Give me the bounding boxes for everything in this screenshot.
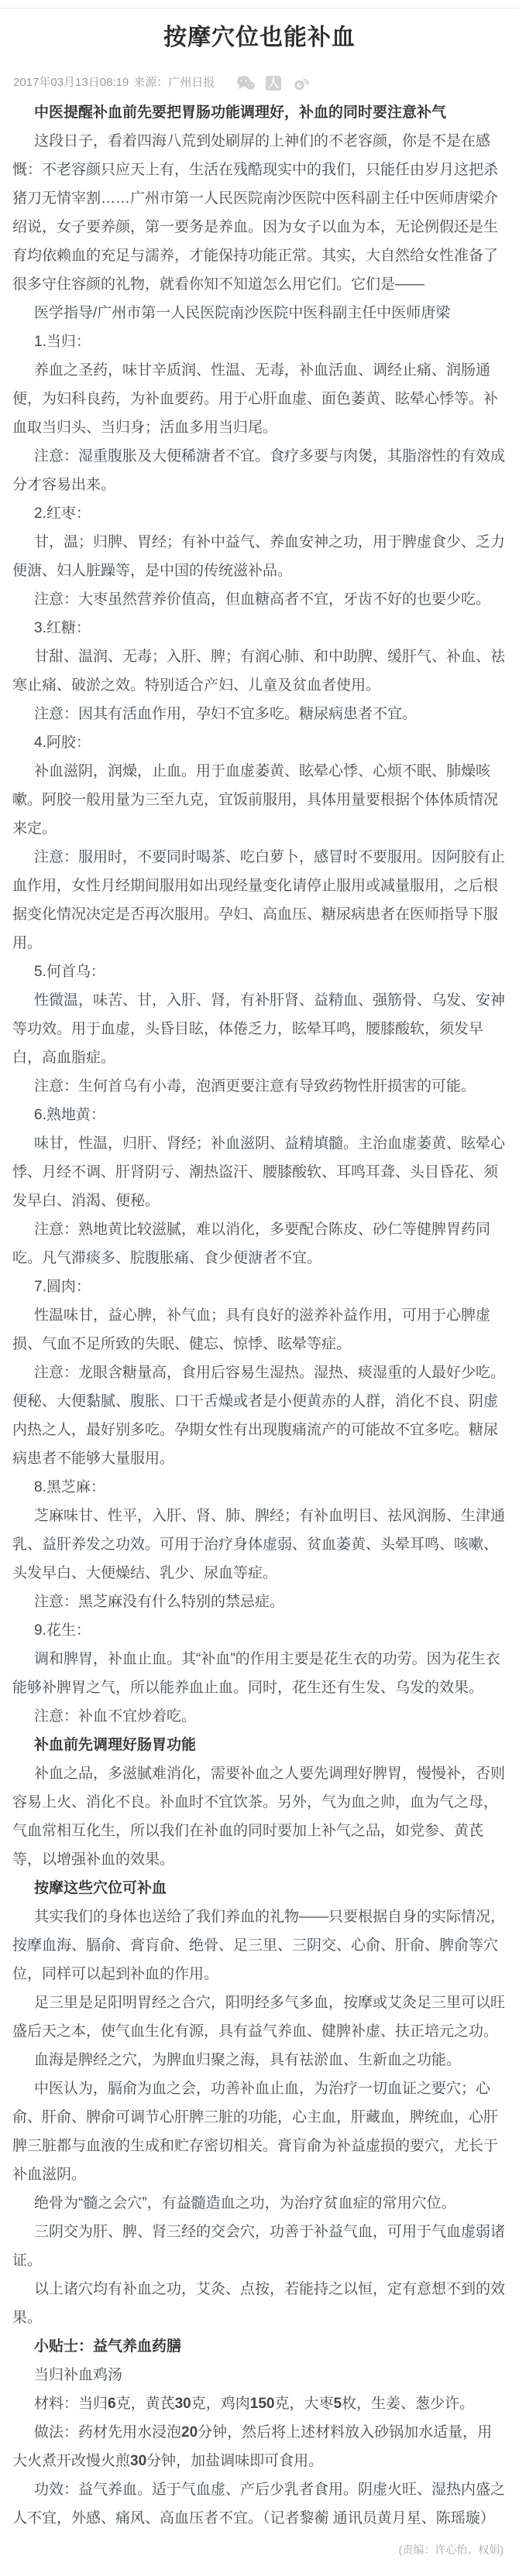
article-paragraph: 注意：大枣虽然营养价值高，但血糖高者不宜，牙齿不好的也要少吃。 <box>12 585 507 614</box>
article-paragraph: 注意：熟地黄比较滋腻，难以消化，多要配合陈皮、砂仁等健脾胃药同吃。凡气滞痰多、脘… <box>12 1215 507 1273</box>
article-paragraph: 血海是脾经之穴，为脾血归聚之海，具有祛淤血、生新血之功能。 <box>12 2046 507 2074</box>
article-page: 按摩穴位也能补血 2017年03月13日08:19 来源：广州日报 <box>0 8 519 2576</box>
section-heading: 小贴士：益气养血药膳 <box>12 2332 507 2361</box>
renren-share-icon[interactable]: 人 <box>264 75 283 91</box>
article-paragraph: 中医认为，膈俞为血之会，功善补血止血，为治疗一切血证之要穴；心俞、肝俞、脾俞可调… <box>12 2074 507 2189</box>
article-paragraph: 注意：补血不宜炒着吃。 <box>12 1702 507 1731</box>
article-paragraph: 1.当归： <box>12 327 507 356</box>
article-paragraph: 功效：益气养血。适于气血虚、产后少乳者食用。阴虚火旺、湿热内盛之人不宜，外感、痛… <box>12 2475 507 2533</box>
article-paragraph: 其实我们的身体也送给了我们养血的礼物——只要根据自身的实际情况，按摩血海、膈俞、… <box>12 1903 507 1989</box>
source-link[interactable]: 广州日报 <box>168 76 215 89</box>
section-heading: 补血前先调理好肠胃功能 <box>12 1731 507 1759</box>
wechat-share-icon[interactable] <box>236 75 255 91</box>
section-heading: 按摩这些穴位可补血 <box>12 1874 507 1903</box>
article-paragraph: 三阴交为肝、脾、肾三经的交会穴，功善于补益气血，可用于气血虚弱诸证。 <box>12 2218 507 2275</box>
article-paragraph: 注意：生何首乌有小毒，泡酒更要注意有导致药物性肝损害的可能。 <box>12 1072 507 1101</box>
article-body: 中医提醒补血前先要把胃肠功能调理好，补血的同时要注意补气这段日子，看着四海八荒到… <box>0 91 519 2533</box>
article-paragraph: 这段日子，看着四海八荒到处刷屏的上神们的不老容颜，你是不是在感慨：不老容颜只应天… <box>12 127 507 299</box>
article-paragraph: 性微温，味苦、甘，入肝、肾，有补肝肾、益精血、强筋骨、乌发、安神等功效。用于血虚… <box>12 986 507 1072</box>
weibo-share-icon[interactable] <box>292 75 311 91</box>
article-paragraph: 6.熟地黄： <box>12 1101 507 1129</box>
article-paragraph: 4.阿胶： <box>12 728 507 757</box>
article-paragraph: 7.圆肉： <box>12 1273 507 1301</box>
article-paragraph: 足三里是足阳明胃经之合穴，阳明经多气多血，按摩或艾灸足三里可以旺盛后天之本，使气… <box>12 1989 507 2046</box>
renren-glyph: 人 <box>266 76 281 91</box>
article-paragraph: 绝骨为“髓之会穴”，有益髓造血之功，为治疗贫血症的常用穴位。 <box>12 2189 507 2218</box>
article-paragraph: 注意：服用时，不要同时喝茶、吃白萝卜，感冒时不要服用。因阿胶有止血作用，女性月经… <box>12 843 507 957</box>
share-bar: 人 <box>236 75 311 91</box>
top-divider <box>0 8 519 9</box>
article-paragraph: 2.红枣： <box>12 499 507 528</box>
lead-paragraph: 中医提醒补血前先要把胃肠功能调理好，补血的同时要注意补气 <box>12 98 507 127</box>
article-paragraph: 补血滋阴，润燥，止血。用于血虚萎黄、眩晕心悸、心烦不眠、肺燥咳嗽。阿胶一般用量为… <box>12 757 507 843</box>
article-paragraph: 注意：因其有活血作用，孕妇不宜多吃。糖尿病患者不宜。 <box>12 700 507 728</box>
article-paragraph: 5.何首乌： <box>12 957 507 986</box>
article-paragraph: 当归补血鸡汤 <box>12 2361 507 2389</box>
source-label: 来源：广州日报 <box>133 75 215 91</box>
article-paragraph: 医学指导/广州市第一人民医院南沙医院中医科副主任中医师唐梁 <box>12 299 507 327</box>
article-paragraph: 注意：龙眼含糖量高，食用后容易生湿热。湿热、痰湿重的人最好少吃。便秘、大便黏腻、… <box>12 1358 507 1473</box>
article-paragraph: 性温味甘，益心脾，补气血；具有良好的滋养补益作用，可用于心脾虚损、气血不足所致的… <box>12 1301 507 1358</box>
article-paragraph: 3.红糖： <box>12 614 507 642</box>
article-paragraph: 补血之品，多滋腻难消化，需要补血之人要先调理好脾胃，慢慢补，否则容易上火、消化不… <box>12 1759 507 1874</box>
article-paragraph: 养血之圣药，味甘辛质润、性温、无毒，补血活血、调经止痛、润肠通便，为妇科良药，为… <box>12 356 507 442</box>
editor-note: (责编：许心怡、权娟) <box>0 2533 519 2576</box>
article-paragraph: 注意：湿重腹胀及大便稀溏者不宜。食疗多要与肉煲，其脂溶性的有效成分才容易出来。 <box>12 442 507 499</box>
article-paragraph: 芝麻味甘、性平，入肝、肾、肺、脾经；有补血明目、祛风润肠、生津通乳、益肝养发之功… <box>12 1502 507 1588</box>
article-paragraph: 8.黑芝麻： <box>12 1473 507 1502</box>
article-paragraph: 甘，温；归脾、胃经；有补中益气、养血安神之功，用于脾虚食少、乏力便溏、妇人脏躁等… <box>12 528 507 585</box>
article-meta: 2017年03月13日08:19 来源：广州日报 <box>0 75 519 91</box>
page-title: 按摩穴位也能补血 <box>0 21 519 55</box>
article-paragraph: 做法：药材先用水浸泡20分钟，然后将上述材料放入砂锅加水适量，用大火煮开改慢火煎… <box>12 2418 507 2475</box>
article-paragraph: 调和脾胃，补血止血。其“补血”的作用主要是花生衣的功劳。因为花生衣能够补脾胃之气… <box>12 1645 507 1702</box>
article-paragraph: 材料：当归6克，黄芪30克，鸡肉150克，大枣5枚，生姜、葱少许。 <box>12 2389 507 2418</box>
article-paragraph: 甘甜、温润、无毒；入肝、脾；有润心肺、和中助脾、缓肝气、补血、祛寒止痛、破淤之效… <box>12 642 507 700</box>
article-paragraph: 注意：黑芝麻没有什么特别的禁忌症。 <box>12 1588 507 1616</box>
article-paragraph: 9.花生： <box>12 1616 507 1645</box>
article-paragraph: 以上诸穴均有补血之功，艾灸、点按，若能持之以恒，定有意想不到的效果。 <box>12 2275 507 2332</box>
article-paragraph: 味甘，性温，归肝、肾经；补血滋阴、益精填髓。主治血虚萎黄、眩晕心悸、月经不调、肝… <box>12 1129 507 1215</box>
publish-date: 2017年03月13日08:19 <box>13 75 129 91</box>
